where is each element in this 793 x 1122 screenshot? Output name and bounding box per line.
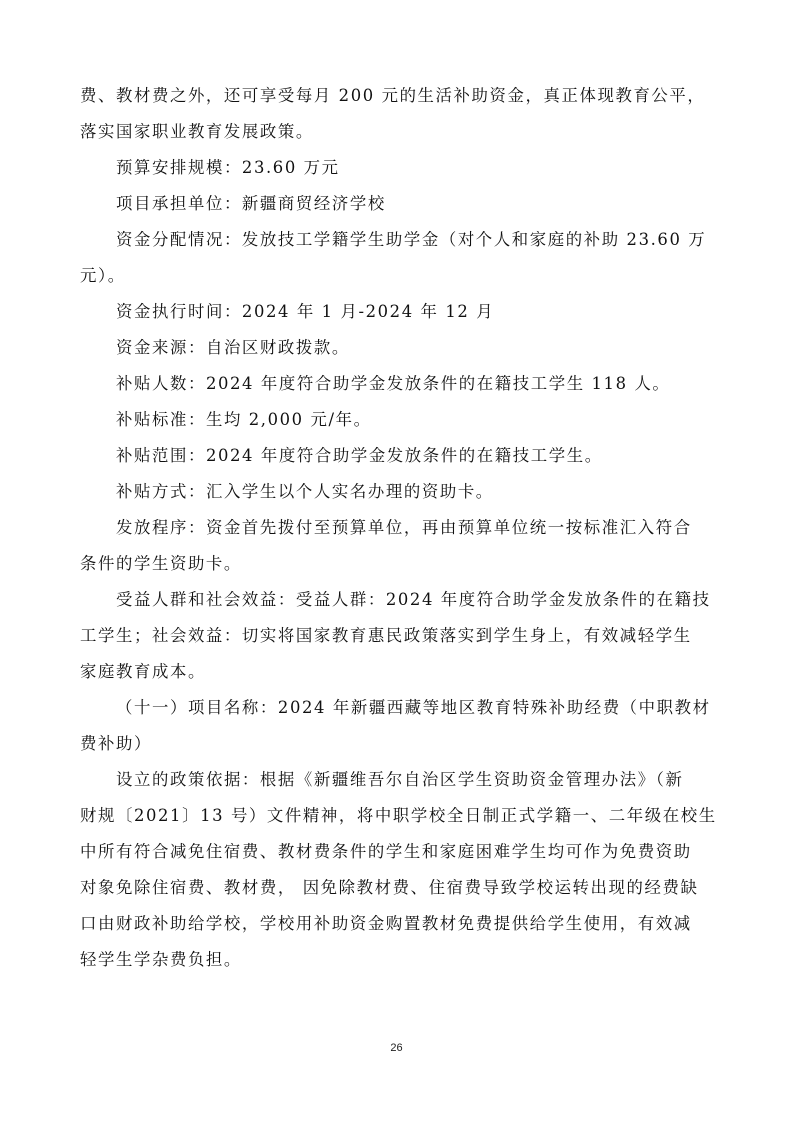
paragraph-line: 元）。 <box>80 266 126 286</box>
execution-time-line: 资金执行时间：2024 年 1 月-2024 年 12 月 <box>116 302 494 322</box>
subsidy-count-line: 补贴人数：2024 年度符合助学金发放条件的在籍技工学生 118 人。 <box>116 374 670 394</box>
paragraph-line: 对象免除住宿费、教材费， 因免除教材费、住宿费导致学校运转出现的经费缺 <box>80 878 699 898</box>
paragraph-line: 家庭教育成本。 <box>80 662 206 682</box>
paragraph-line: 口由财政补助给学校，学校用补助资金购置教材免费提供给学生使用，有效减 <box>80 914 692 934</box>
distribution-procedure-line: 发放程序：资金首先拨付至预算单位，再由预算单位统一按标准汇入符合 <box>116 518 692 538</box>
paragraph-line: 轻学生学杂费负担。 <box>80 950 242 970</box>
subsidy-method-line: 补贴方式：汇入学生以个人实名办理的资助卡。 <box>116 482 494 502</box>
paragraph-line: 财规〔2021〕13 号）文件精神，将中职学校全日制正式学籍一、二年级在校生 <box>80 806 717 826</box>
subsidy-scope-line: 补贴范围：2024 年度符合助学金发放条件的在籍技工学生。 <box>116 446 603 466</box>
paragraph-line: 中所有符合减免住宿费、教材费条件的学生和家庭困难学生均可作为免费资助 <box>80 842 692 862</box>
paragraph-line: 落实国家职业教育发展政策。 <box>80 122 314 142</box>
paragraph-line: 工学生；社会效益：切实将国家教育惠民政策落实到学生身上，有效减轻学生 <box>80 626 692 646</box>
paragraph-line: 条件的学生资助卡。 <box>80 554 242 574</box>
beneficiaries-line: 受益人群和社会效益：受益人群：2024 年度符合助学金发放条件的在籍技 <box>116 590 711 610</box>
project-unit-line: 项目承担单位：新疆商贸经济学校 <box>116 194 386 214</box>
policy-basis-line: 设立的政策依据：根据《新疆维吾尔自治区学生资助资金管理办法》（新 <box>116 770 684 790</box>
budget-scale-line: 预算安排规模：23.60 万元 <box>116 158 340 178</box>
section-heading-continued: 费补助） <box>80 734 152 754</box>
page-number: 26 <box>0 1042 793 1054</box>
fund-source-line: 资金来源：自治区财政拨款。 <box>116 338 350 358</box>
section-heading: （十一）项目名称：2024 年新疆西藏等地区教育特殊补助经费（中职教材 <box>116 698 711 718</box>
fund-allocation-line: 资金分配情况：发放技工学籍学生助学金（对个人和家庭的补助 23.60 万 <box>116 230 706 250</box>
subsidy-standard-line: 补贴标准：生均 2,000 元/年。 <box>116 410 372 430</box>
paragraph-line: 费、教材费之外，还可享受每月 200 元的生活补助资金，真正体现教育公平， <box>80 86 705 106</box>
